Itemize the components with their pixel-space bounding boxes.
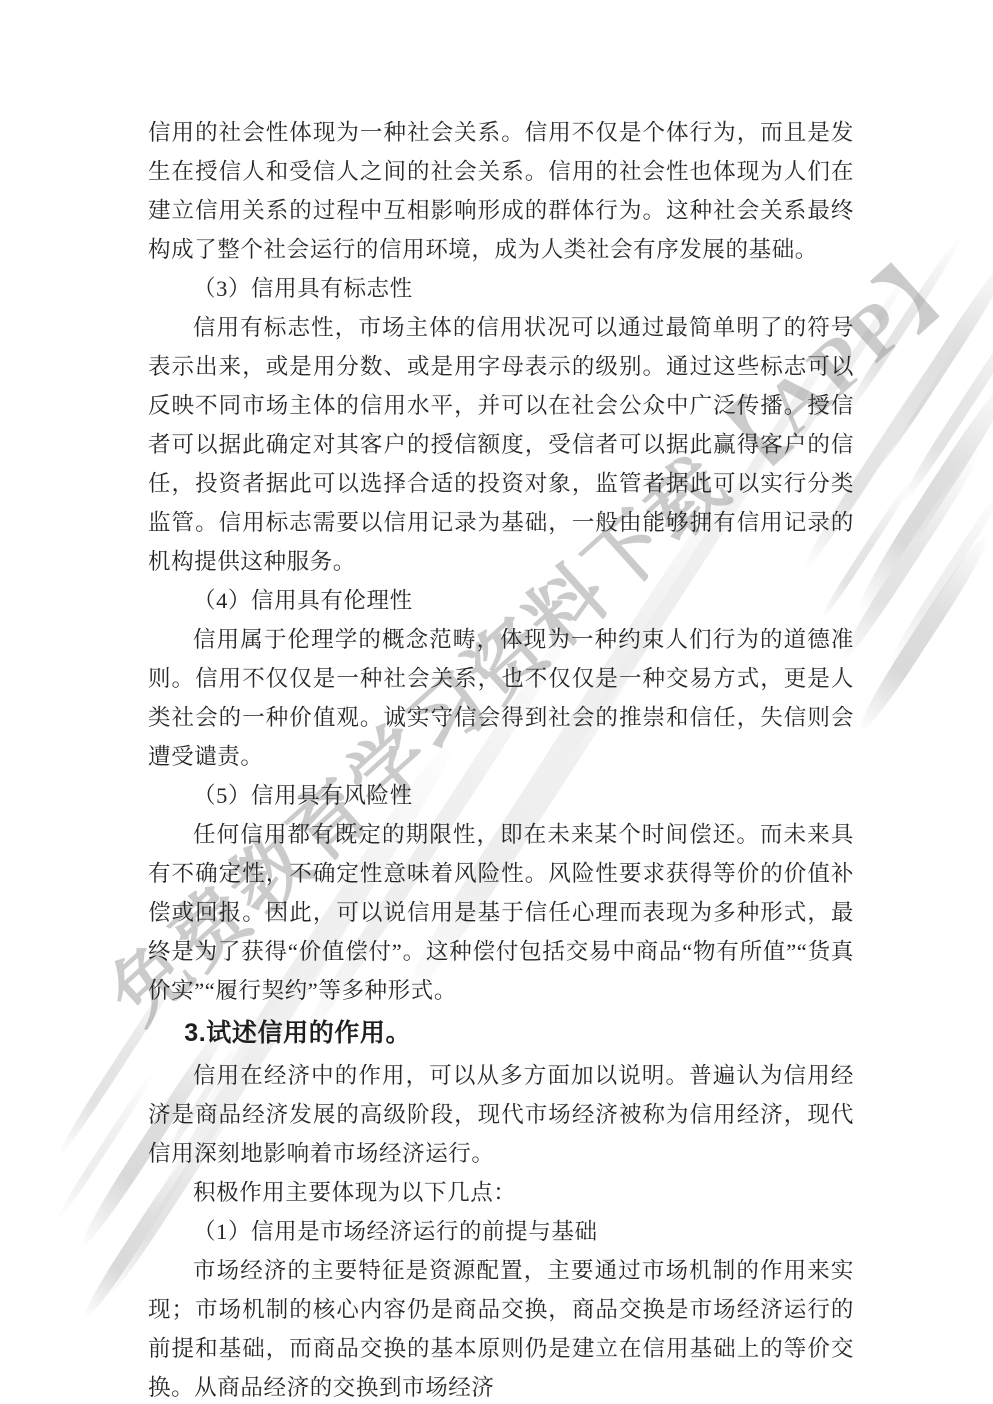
brush-stroke bbox=[852, 529, 993, 736]
section-heading: （5）信用具有风险性 bbox=[148, 776, 854, 815]
section-heading: （3）信用具有标志性 bbox=[148, 269, 854, 308]
brush-stroke bbox=[850, 372, 993, 618]
brush-stroke bbox=[884, 483, 993, 669]
paragraph: 市场经济的主要特征是资源配置，主要通过市场机制的作用来实现；市场机制的核心内容仍… bbox=[148, 1251, 854, 1404]
brush-stroke bbox=[54, 1067, 159, 1222]
brush-stroke bbox=[835, 444, 986, 666]
page-content: 信用的社会性体现为一种社会关系。信用不仅是个体行为，而且是发生在授信人和受信人之… bbox=[148, 113, 854, 1404]
section-heading: （1）信用是市场经济运行的前提与基础 bbox=[148, 1212, 854, 1251]
paragraph: 信用属于伦理学的概念范畴，体现为一种约束人们行为的道德准则。信用不仅仅是一种社会… bbox=[148, 620, 854, 776]
paragraph: 信用在经济中的作用，可以从多方面加以说明。普遍认为信用经济是商品经济发展的高级阶… bbox=[148, 1056, 854, 1173]
paragraph: 信用有标志性，市场主体的信用状况可以通过最简单明了的符号表示出来，或是用分数、或… bbox=[148, 308, 854, 581]
brush-stroke bbox=[898, 310, 993, 505]
question-heading: 3.试述信用的作用。 bbox=[148, 1011, 854, 1055]
paragraph-continuation: 信用的社会性体现为一种社会关系。信用不仅是个体行为，而且是发生在授信人和受信人之… bbox=[148, 113, 854, 269]
paragraph: 积极作用主要体现为以下几点： bbox=[148, 1173, 854, 1212]
document-page: 免费教育学习资料下载【APP】 信用的社会性体现为一种社会关系。信用不仅是个体行… bbox=[0, 0, 993, 1404]
section-heading: （4）信用具有伦理性 bbox=[148, 581, 854, 620]
brush-stroke bbox=[859, 252, 993, 484]
brush-stroke bbox=[840, 233, 965, 419]
paragraph: 任何信用都有既定的期限性，即在未来某个时间偿还。而未来具有不确定性，不确定性意味… bbox=[148, 815, 854, 1010]
